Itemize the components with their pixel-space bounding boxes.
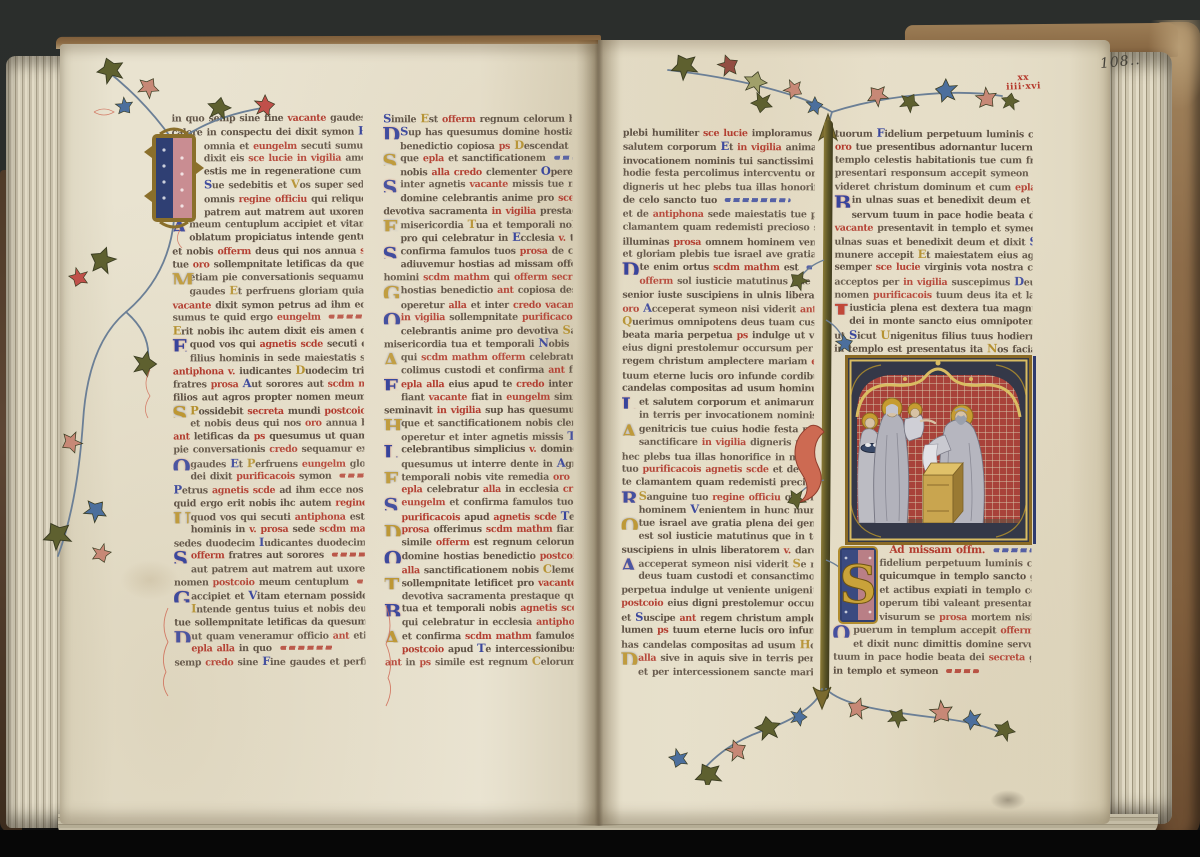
manuscript-word: vota xyxy=(966,262,991,273)
manuscript-word: hec xyxy=(683,182,705,193)
manuscript-word: symeon xyxy=(990,169,1032,180)
manuscript-word: tui xyxy=(739,156,757,167)
decorated-initial-s: S xyxy=(838,546,878,624)
manuscript-word: offerm xyxy=(492,351,530,362)
penwork-flourishes xyxy=(150,600,410,710)
manuscript-word: sanctificare xyxy=(639,437,702,448)
manuscript-word: celebratur xyxy=(427,484,483,495)
manuscript-word: Agnete xyxy=(557,458,574,469)
text-line: Hque et sanctificationem nobis clementer xyxy=(384,416,573,430)
manuscript-word: apud xyxy=(448,644,477,655)
inline-versal: N xyxy=(987,342,997,356)
lombard-initial-h: H xyxy=(384,416,403,430)
manuscript-word: prestaque xyxy=(510,591,564,602)
manuscript-word: antiphona xyxy=(653,208,708,219)
manuscript-word: de xyxy=(623,195,639,206)
text-line: devotiva sacramenta prestaque quesumus u… xyxy=(385,589,574,603)
manuscript-word: usum xyxy=(747,383,779,394)
manuscript-word: epla xyxy=(401,379,426,390)
manuscript-word: te xyxy=(639,262,653,273)
manuscript-word: temporali xyxy=(485,339,538,350)
manuscript-word: tue xyxy=(713,249,733,260)
manuscript-word: clementer xyxy=(486,167,541,178)
manuscript-word: Tua xyxy=(468,220,493,231)
shadow-below-book xyxy=(0,830,1200,857)
manuscript-word: agnetis scde xyxy=(520,603,573,614)
manuscript-word: senior xyxy=(622,290,657,301)
manuscript-word: Nos xyxy=(987,344,1012,355)
manuscript-word: celebrantibus xyxy=(401,444,474,455)
manuscript-word: hec xyxy=(622,451,644,462)
manuscript-word: offerm xyxy=(639,276,677,287)
manuscript-word: nunc xyxy=(893,638,922,649)
manuscript-word: deus xyxy=(741,317,769,328)
lombard-initial-g: G xyxy=(384,284,401,298)
manuscript-word: has xyxy=(425,127,447,138)
manuscript-word: sive xyxy=(729,653,752,664)
manuscript-word: in vigilia xyxy=(437,404,485,415)
text-line: digneris ut hec plebs tua illas honorifi… xyxy=(623,180,815,194)
manuscript-word: offerm xyxy=(436,537,474,548)
manuscript-word: inter xyxy=(485,299,513,310)
manuscript-word: et xyxy=(991,223,1005,234)
manuscript-word: operetur xyxy=(401,300,449,311)
manuscript-word: pro xyxy=(496,326,517,337)
manuscript-word: que xyxy=(400,153,423,164)
manuscript-word: vite xyxy=(485,472,507,483)
text-line: Emisericordia Tua et temporali nobis vit… xyxy=(383,218,572,232)
manuscript-word: scdm mathm xyxy=(465,631,536,642)
manuscript-word: devotiva xyxy=(383,206,429,217)
manuscript-word: est xyxy=(887,344,906,355)
lombard-initial-f: F xyxy=(384,469,398,483)
manuscript-word: qui xyxy=(422,233,442,244)
manuscript-word: suscipiens xyxy=(621,544,677,555)
manuscript-word: Sanguine xyxy=(639,492,692,503)
line-filler xyxy=(994,548,1032,552)
manuscript-word: presentatus xyxy=(906,344,970,355)
manuscript-word: Suscipe xyxy=(635,612,679,623)
manuscript-word: et xyxy=(924,195,938,206)
manuscript-word: ant xyxy=(548,364,569,375)
manuscript-word: in vigilia xyxy=(401,312,449,323)
text-line: operetur et inter agnetis missis Tue nos… xyxy=(384,430,573,444)
manuscript-word: ut xyxy=(668,182,683,193)
manuscript-word: templo xyxy=(952,223,991,234)
manuscript-word: prosa xyxy=(673,236,705,247)
manuscript-word: missis xyxy=(532,432,567,443)
manuscript-word: actibus xyxy=(893,585,934,596)
manuscript-word: et xyxy=(1020,195,1032,206)
manuscript-word: honorifice xyxy=(720,452,775,463)
manuscript-word: dixit xyxy=(867,638,893,649)
text-column-left-col2: Simile Est offerm regnum celorum homini … xyxy=(383,112,574,669)
manuscript-word: maria xyxy=(654,329,687,340)
manuscript-word: ut xyxy=(457,459,472,470)
manuscript-word: Te xyxy=(477,644,495,655)
text-line: postcoio apud Te intercessionibus adiuve… xyxy=(385,642,574,656)
manuscript-word: omnem xyxy=(705,236,747,247)
manuscript-word: tue xyxy=(639,517,659,528)
manuscript-word: eungelm xyxy=(506,392,554,403)
manuscript-word: in xyxy=(750,505,764,516)
manuscript-word: accepit xyxy=(878,250,918,261)
manuscript-word: Querimus xyxy=(622,317,677,328)
manuscript-word: suas xyxy=(897,195,924,206)
manuscript-word: vacante xyxy=(538,577,574,588)
lombard-initial-t: T xyxy=(385,575,399,589)
manuscript-word: custodi xyxy=(444,365,485,376)
manuscript-word: ave xyxy=(691,518,712,529)
manuscript-word: prosa xyxy=(401,524,433,535)
manuscript-word: pro xyxy=(400,233,421,244)
manuscript-word: nobis xyxy=(559,220,572,231)
text-line: DSup has quesumus domine hostias xyxy=(383,125,572,139)
manuscript-word: israel xyxy=(734,249,766,260)
manuscript-word: celorum xyxy=(536,537,574,548)
line-filler xyxy=(725,198,791,202)
text-line: Eepla alla eius apud te credo intercessi… xyxy=(384,377,573,391)
manuscript-word: laus xyxy=(1026,291,1033,302)
manuscript-word: celebratur xyxy=(422,617,478,628)
manuscript-word: ad xyxy=(751,640,767,651)
manuscript-word: infunde xyxy=(738,371,781,382)
manuscript-word: sanctificationem xyxy=(462,152,550,163)
manuscript-word: temporali xyxy=(506,220,559,231)
manuscript-word: dixit xyxy=(1003,237,1029,248)
manuscript-word: has xyxy=(621,639,643,650)
manuscript-word: salutem xyxy=(653,397,697,408)
manuscript-word: in xyxy=(543,458,557,469)
manuscript-word: vacante xyxy=(469,179,512,190)
manuscript-word: et xyxy=(449,497,463,508)
manuscript-word: deum xyxy=(957,237,989,248)
manuscript-word: inter xyxy=(463,432,491,443)
manuscript-word: est xyxy=(639,531,658,542)
folio-number: 108.. xyxy=(1099,53,1141,71)
manuscript-word: celebratur xyxy=(442,233,498,244)
inline-versal: S xyxy=(1029,234,1032,248)
text-line: Odomine hostias benedictio postcoio copi… xyxy=(385,549,574,563)
manuscript-word: famulos xyxy=(450,245,494,256)
manuscript-word: et xyxy=(892,236,906,247)
manuscript-word: agnovit xyxy=(1022,250,1033,261)
text-line: colimus custodi et confirma ant famulos … xyxy=(384,363,573,377)
text-line: misericordia tua et temporali Nobis vite… xyxy=(384,337,573,351)
manuscript-word: habitationis xyxy=(916,155,980,166)
manuscript-word: letificet xyxy=(474,578,517,589)
manuscript-word: nobis xyxy=(512,564,543,575)
manuscript-word: celestis xyxy=(1025,585,1032,596)
inline-versal: D xyxy=(1014,274,1024,288)
manuscript-word: et xyxy=(638,666,652,677)
manuscript-word: tue xyxy=(790,209,810,220)
manuscript-word: scdm mathm xyxy=(423,272,494,283)
manuscript-word: et xyxy=(622,249,636,260)
manuscript-word: celestis xyxy=(874,155,916,166)
manuscript-word: eius xyxy=(667,598,692,609)
manuscript-word: celebrantis xyxy=(401,326,461,337)
lombard-initial-l: L xyxy=(384,443,397,457)
manuscript-word: eius xyxy=(997,250,1022,261)
manuscript-word: propicius xyxy=(811,209,815,220)
manuscript-word: prosa xyxy=(939,612,971,623)
manuscript-word: illas xyxy=(756,182,781,193)
manuscript-word: celebratur xyxy=(529,351,573,362)
lombard-initial-b: B xyxy=(835,194,851,208)
manuscript-word: scdm mathm xyxy=(486,523,557,534)
manuscript-word: presentari xyxy=(984,598,1031,609)
manuscript-word: in xyxy=(852,195,866,206)
manuscript-word: lucis xyxy=(740,625,768,636)
text-line: de celo sancto tuo xyxy=(623,194,815,208)
manuscript-word: glorie xyxy=(1030,572,1031,583)
manuscript-word: plena xyxy=(746,518,778,529)
manuscript-word: in vigilia xyxy=(492,206,540,217)
manuscript-word: invocationem xyxy=(623,156,695,167)
manuscript-word: intercessionem xyxy=(673,666,754,677)
manuscript-word: perpetuum xyxy=(925,558,985,569)
manuscript-word: per xyxy=(882,277,903,288)
manuscript-word: clamantem xyxy=(636,477,696,488)
manuscript-word: percolimus xyxy=(683,168,743,179)
manuscript-word: illas xyxy=(695,451,720,462)
manuscript-word: iuste xyxy=(658,290,687,301)
text-line: pro qui celebratur in Ecclesia v. tua Cu… xyxy=(383,231,572,245)
text-line: templo celestis habitationis tue cum fru… xyxy=(835,154,1033,168)
manuscript-word: purificacois xyxy=(401,512,464,523)
manuscript-word: offerm xyxy=(442,114,480,125)
manuscript-word: omnium xyxy=(805,169,815,180)
manuscript-word: quam xyxy=(696,477,729,488)
manuscript-word: digni xyxy=(692,598,722,609)
manuscript-word: eius xyxy=(622,343,647,354)
inline-versal: Q xyxy=(622,315,632,328)
text-line: qui celebratur in ecclesia antiphona tua… xyxy=(385,615,574,629)
manuscript-word: de xyxy=(637,208,653,219)
manuscript-word: benedictio xyxy=(440,285,497,296)
manuscript-word: Sup xyxy=(400,127,425,138)
lombard-initial-o: O xyxy=(385,549,402,563)
manuscript-word: apud xyxy=(473,379,502,390)
inline-versal: T xyxy=(477,642,485,655)
manuscript-word: sollempnitate xyxy=(449,312,522,323)
manuscript-word: hostias xyxy=(544,127,572,138)
manuscript-word: digneris xyxy=(623,181,668,192)
manuscript-word: dextera xyxy=(941,303,983,314)
manuscript-word: secreta xyxy=(989,652,1030,663)
manuscript-word: offerimus xyxy=(433,524,486,535)
manuscript-word: visurum xyxy=(879,612,924,623)
manuscript-word: genitricis xyxy=(639,423,691,434)
manuscript-word: epla xyxy=(1015,182,1033,193)
inline-versal: E xyxy=(512,231,520,244)
text-line: Seungelm et confirma famulos tuos de cui… xyxy=(384,496,573,510)
text-line: celebrantis anime pro devotiva Sacrament… xyxy=(384,324,573,338)
manuscript-word: plebs xyxy=(705,182,736,193)
manuscript-word: fructu xyxy=(1026,155,1033,166)
manuscript-word: in xyxy=(752,653,766,664)
text-line: epla celebratur alla in ecclesia credo t… xyxy=(384,483,573,497)
manuscript-word: purificacois xyxy=(522,311,573,322)
manuscript-word: sancto xyxy=(919,316,956,327)
manuscript-word: domine xyxy=(502,127,544,138)
manuscript-word: domine xyxy=(540,444,573,455)
manuscript-word: interre xyxy=(472,458,511,469)
manuscript-word: intercessionibus xyxy=(548,378,573,389)
manuscript-word: agnetis scde xyxy=(705,464,772,475)
text-line: simile offerm est regnum celorum secreta… xyxy=(385,536,574,550)
manuscript-word: quam xyxy=(683,222,716,233)
manuscript-word: terris xyxy=(653,410,685,421)
manuscript-word: honorifice xyxy=(781,182,815,193)
manuscript-word: ad xyxy=(731,383,747,394)
manuscript-word: tue xyxy=(547,179,567,190)
manuscript-word: v. xyxy=(559,233,570,244)
manuscript-word: alla xyxy=(448,300,470,311)
inline-versal: S xyxy=(635,610,643,623)
manuscript-word: servum xyxy=(852,209,893,220)
manuscript-word: Symeon xyxy=(1029,237,1032,248)
manuscript-word: iusticie xyxy=(695,276,736,287)
manuscript-word: servum xyxy=(1007,639,1031,650)
manuscript-word: accepit xyxy=(950,168,990,179)
manuscript-word: dominum xyxy=(923,182,975,193)
manuscript-word: agnetis scde xyxy=(493,511,560,522)
manuscript-word: nostra xyxy=(991,263,1027,274)
manuscript-word: tuos xyxy=(557,497,574,508)
manuscript-word: se xyxy=(924,612,939,623)
lombard-initial-a: A xyxy=(621,557,636,571)
manuscript-word: hostias xyxy=(443,551,483,562)
manuscript-word: cum xyxy=(1000,155,1026,166)
manuscript-word: simplicius xyxy=(474,444,529,455)
manuscript-word: dei xyxy=(1029,210,1033,221)
manuscript-word: presentari xyxy=(835,168,891,179)
manuscript-word: perpetua xyxy=(687,329,736,340)
inline-versal: S xyxy=(383,112,391,126)
text-line: Simile Est offerm regnum celorum homini … xyxy=(383,112,572,126)
miniature-presentation-in-the-temple xyxy=(845,355,1032,545)
manuscript-word: sollempnitate xyxy=(402,578,475,589)
manuscript-word: ps xyxy=(737,330,752,341)
manuscript-word: te xyxy=(622,477,636,488)
manuscript-word: nos xyxy=(568,179,572,190)
manuscript-word: scdm mathm xyxy=(421,351,492,362)
inline-versal: E xyxy=(918,248,926,261)
manuscript-word: Unigenitus xyxy=(880,330,941,341)
text-line: domine celebrantis anime pro sce lucie xyxy=(383,191,572,205)
manuscript-word: qui xyxy=(494,272,514,283)
manuscript-word: tuo xyxy=(692,492,713,503)
text-line: et de antiphona sede maiestatis tue prop… xyxy=(623,207,815,221)
manuscript-word: tue xyxy=(690,424,710,435)
manuscript-word: ita xyxy=(970,344,987,355)
manuscript-word: presentavit xyxy=(877,223,937,234)
text-line: Oin vigilia sollempnitate purificacois a… xyxy=(384,310,573,324)
manuscript-word: redemisti xyxy=(728,477,780,488)
manuscript-word: clamantem xyxy=(623,222,683,233)
manuscript-word: dimittis xyxy=(923,639,966,650)
manuscript-word: purificacois xyxy=(873,290,936,301)
inline-versal: S xyxy=(639,489,647,502)
manuscript-word: Operetur xyxy=(541,167,572,178)
manuscript-word: symeon xyxy=(900,665,942,676)
manuscript-word: secreta xyxy=(552,272,573,283)
manuscript-word: sacramenta xyxy=(447,591,510,602)
manuscript-word: tibi xyxy=(922,598,943,609)
manuscript-word: Te xyxy=(561,511,574,522)
manuscript-word: sanctificationem xyxy=(424,564,512,575)
manuscript-word: credo xyxy=(513,299,545,310)
manuscript-word: et xyxy=(886,665,900,676)
manuscript-word: quesumus xyxy=(529,404,573,415)
manuscript-word: enim xyxy=(653,262,682,273)
manuscript-word: Est xyxy=(420,114,442,125)
manuscript-word: nobis xyxy=(525,417,556,428)
lombard-initial-d: D xyxy=(384,522,401,536)
lombard-initial-o: O xyxy=(384,310,401,324)
manuscript-word: sanctissimi xyxy=(757,156,815,167)
manuscript-word: magnus xyxy=(1003,303,1032,314)
manuscript-word: christum xyxy=(874,182,923,193)
manuscript-word: accepit xyxy=(960,625,1000,636)
manuscript-word: regem xyxy=(700,613,736,624)
manuscript-word: in xyxy=(478,616,492,627)
manuscript-word: famulos xyxy=(536,630,574,641)
text-line: Sque epla et sanctificationem xyxy=(383,151,572,165)
manuscript-word: tua xyxy=(735,182,756,193)
manuscript-word: tuum xyxy=(936,290,967,301)
text-line: quesumus ut interre dente in Agnete offe… xyxy=(384,456,573,470)
manuscript-word: indulge xyxy=(671,585,713,596)
manuscript-word: Sacramenta xyxy=(562,325,572,336)
manuscript-word: Celorum xyxy=(532,657,574,668)
manuscript-word: benedictio xyxy=(483,551,540,562)
manuscript-word: et xyxy=(422,603,436,614)
manuscript-word: et xyxy=(448,153,462,164)
manuscript-word: nobis xyxy=(400,167,431,178)
manuscript-word: lucis xyxy=(690,371,718,382)
manuscript-word: ecclesia xyxy=(519,484,563,495)
manuscript-word: qui xyxy=(401,352,421,363)
manuscript-word: perpetua xyxy=(621,585,670,596)
text-line: Tsollempnitate letificet pro vacante eun… xyxy=(385,575,574,589)
manuscript-word: regnum xyxy=(492,537,536,548)
manuscript-word: pace xyxy=(938,210,965,221)
manuscript-word: tuus xyxy=(971,331,997,342)
manuscript-word: hominem xyxy=(639,505,691,516)
manuscript-word: cuius xyxy=(568,245,573,256)
manuscript-word: suscepimus xyxy=(951,277,1014,288)
manuscript-word: videret xyxy=(835,181,874,192)
manuscript-word: credo xyxy=(516,379,548,390)
manuscript-word: scdm mathm xyxy=(713,262,784,273)
manuscript-word: fiat xyxy=(471,392,492,403)
manuscript-word: ant xyxy=(679,613,700,624)
manuscript-word: beata xyxy=(937,652,969,663)
manuscript-word: intercventu xyxy=(743,168,805,179)
text-line: ant in ps simile est regnum Celorum homi… xyxy=(385,655,574,669)
manuscript-word: ant xyxy=(497,285,518,296)
lombard-initial-e: E xyxy=(383,218,398,232)
manuscript-word: hodie xyxy=(905,652,937,663)
text-line: operetur alla et inter credo vacante eun… xyxy=(384,297,573,311)
text-line: presentari responsum accepit symeon a sp… xyxy=(835,167,1033,181)
manuscript-word: et xyxy=(471,299,485,310)
manuscript-word: epla xyxy=(423,153,448,164)
manuscript-word: tua xyxy=(982,303,1003,314)
